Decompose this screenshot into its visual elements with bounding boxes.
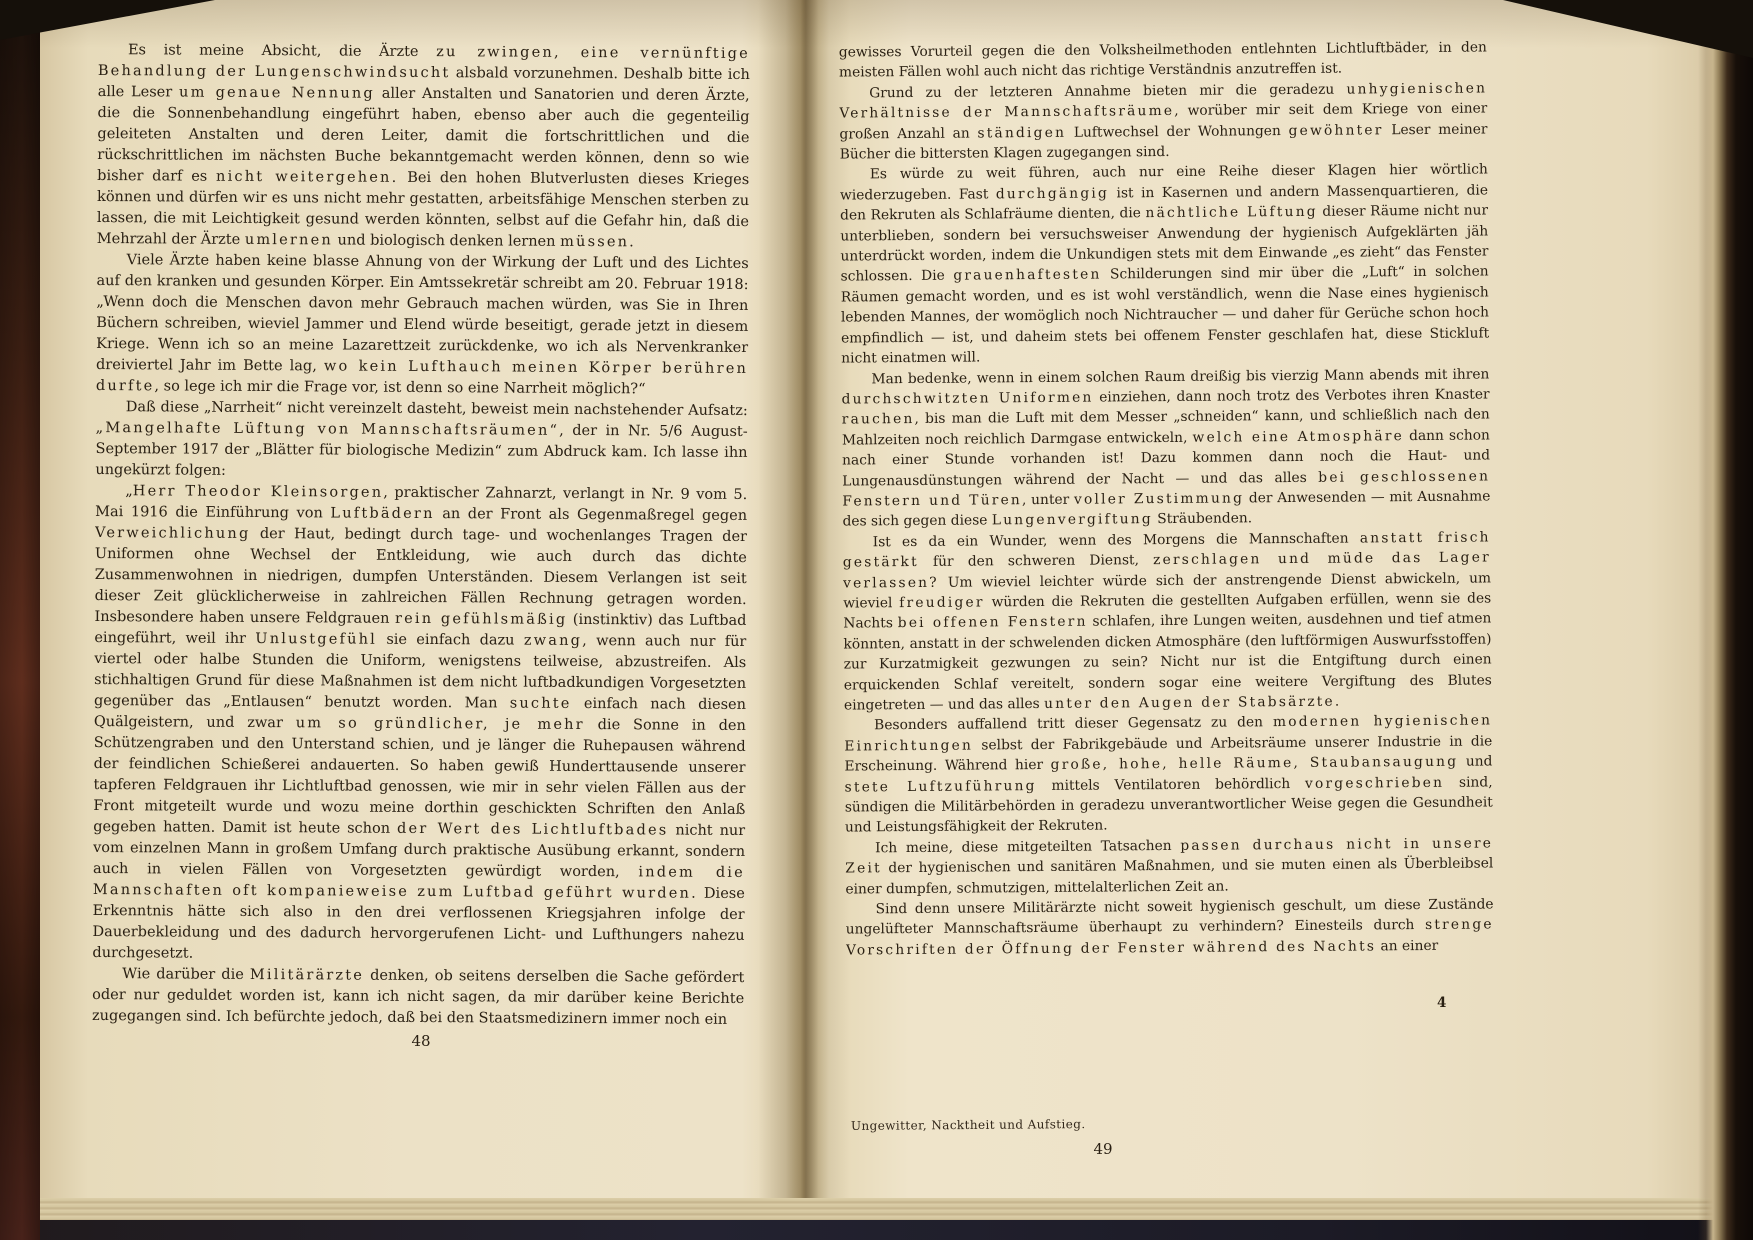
text-run: Es ist meine Absicht, die Ärzte	[128, 42, 436, 60]
text-run: Ist es da ein Wunder, wenn des Morgens d…	[873, 530, 1360, 550]
text-run: gewisses Vorurteil gegen die den Volkshe…	[839, 39, 1487, 80]
emphasized-text-run: grauenhaftesten	[953, 267, 1101, 284]
emphasized-text-run: gewöhnter	[1288, 122, 1383, 139]
paragraph: gewisses Vorurteil gegen die den Volkshe…	[839, 37, 1487, 83]
emphasized-text-run: rauchen	[842, 411, 915, 428]
text-run: Besonders auffallend tritt dieser Gegens…	[874, 715, 1273, 734]
text-run: an der Front als Gegenmaßregel gegen	[435, 506, 748, 524]
signature-line: Ungewitter, Nacktheit und Aufstieg.	[851, 1117, 1086, 1133]
page-48-text-column: Es ist meine Absicht, die Ärzte zu zwing…	[92, 40, 750, 1034]
paragraph: Ist es da ein Wunder, wenn des Morgens d…	[843, 527, 1492, 716]
photo-corner-top-left	[0, 0, 215, 40]
paragraph: Grund zu der letzteren Annahme bieten mi…	[839, 78, 1488, 165]
emphasized-text-run: große, hohe, helle Räume, Staubansaugung	[1051, 754, 1459, 773]
text-run: Daß diese „Narrheit“ nicht vereinzelt da…	[126, 399, 748, 419]
paragraph: „Herr Theodor Kleinsorgen, praktischer Z…	[92, 481, 747, 968]
emphasized-text-run: zwang	[524, 633, 582, 649]
emphasized-text-run: umlernen	[245, 232, 333, 249]
text-run: , unter	[1022, 492, 1074, 508]
emphasized-text-run: um genaue Nennung	[179, 85, 375, 102]
emphasized-text-run: stete Luftzuführung	[845, 778, 1037, 796]
text-run: Sträubenden.	[1153, 511, 1252, 528]
book-bottom-page-edges	[38, 1198, 1714, 1222]
text-run: mittels Ventilatoren behördlich	[1037, 776, 1305, 794]
text-run: Grund zu der letzteren Annahme bieten mi…	[869, 81, 1346, 101]
emphasized-text-run: Unlustgefühl	[255, 631, 377, 648]
paragraph: Viele Ärzte haben keine blasse Ahnung vo…	[96, 250, 749, 401]
emphasized-text-run: um so gründlicher, je mehr	[296, 715, 585, 733]
text-run: Ich meine, diese mitgeteilten Tatsachen	[875, 838, 1180, 856]
emphasized-text-run: freudiger	[899, 594, 985, 611]
paragraph: Wie darüber die Militärärzte denken, ob …	[92, 964, 744, 1031]
text-run: Sind denn unsere Militärärzte nicht sowe…	[846, 897, 1494, 938]
emphasized-text-run: durchschwitzten Uniformen	[842, 389, 1094, 407]
text-run: an einer	[1376, 938, 1438, 954]
page-49-text-column: gewisses Vorurteil gegen die den Volkshe…	[839, 37, 1495, 1117]
page-number-left: 48	[95, 1032, 747, 1050]
emphasized-text-run: Lungenvergiftung	[992, 511, 1153, 528]
text-run: Man bedenke, wenn in einem solchen Raum …	[871, 366, 1489, 387]
paragraph: Ich meine, diese mitgeteilten Tatsachen …	[845, 833, 1493, 899]
emphasized-text-run: nicht weitergehen.	[216, 169, 398, 186]
book-right-page-edges	[1698, 0, 1753, 1240]
emphasized-text-run: welch eine Atmosphäre	[1192, 428, 1404, 446]
emphasized-text-run: müssen	[560, 234, 629, 250]
text-run: für den schweren Dienst,	[919, 552, 1153, 570]
text-run: Luftwechsel der Wohnungen	[1066, 123, 1289, 141]
emphasized-text-run: nächtliche Lüftung	[1145, 204, 1317, 221]
text-run: einziehen, dann noch trotz des Verbotes …	[1094, 386, 1490, 405]
paragraph: Es würde zu weit führen, auch nur eine R…	[840, 160, 1490, 369]
emphasized-text-run: voller Zustimmung	[1074, 490, 1244, 507]
emphasized-text-run: unter den Augen der Stabsärzte.	[1044, 694, 1341, 712]
emphasized-text-run: „Mangelhafte Lüftung von Mannschaftsräum…	[96, 420, 560, 439]
paragraph: Es ist meine Absicht, die Ärzte zu zwing…	[97, 40, 750, 254]
text-run: und biologisch denken lernen	[333, 232, 560, 249]
text-run: .	[629, 234, 634, 250]
emphasized-text-run: ständigen	[977, 124, 1066, 141]
text-run: Viele Ärzte haben keine blasse Ahnung vo…	[96, 252, 749, 374]
emphasized-text-run: suchte	[510, 696, 572, 712]
page-number-right: 49	[843, 1140, 1363, 1158]
paragraph: Besonders auffallend tritt dieser Gegens…	[844, 711, 1493, 839]
book-left-cover-edge	[0, 0, 40, 1240]
text-run: sie einfach dazu	[377, 632, 524, 649]
emphasized-text-run: Verweichlichung	[95, 525, 251, 542]
paragraph: Daß diese „Narrheit“ nicht vereinzelt da…	[95, 397, 748, 485]
emphasized-text-run: Herr Theodor Kleinsorgen	[133, 483, 384, 501]
emphasized-text-run: rein gefühlsmäßig	[395, 611, 567, 628]
signature-mark: 4	[1437, 995, 1446, 1011]
text-run: und	[1458, 754, 1492, 770]
emphasized-text-run: Militärärzte	[250, 967, 364, 984]
text-run: der hygienischen und sanitären Maßnahmen…	[845, 856, 1493, 897]
emphasized-text-run: vorgeschrieben	[1305, 774, 1444, 791]
book-gutter	[758, 0, 850, 1208]
emphasized-text-run: durchgängig	[996, 185, 1109, 202]
text-run: , so lege ich mir die Frage vor, ist den…	[154, 378, 645, 397]
text-run: Wie darüber die	[122, 966, 250, 983]
photo-corner-top-right	[1503, 0, 1753, 58]
book-spread-photo: Es ist meine Absicht, die Ärzte zu zwing…	[0, 0, 1753, 1240]
text-run: die Sonne in den Schützengraben und den …	[93, 717, 746, 837]
paragraph: Sind denn unsere Militärärzte nicht sowe…	[846, 895, 1494, 961]
table-surface	[0, 1220, 1753, 1240]
text-run: „	[125, 483, 133, 499]
paragraph: Man bedenke, wenn in einem solchen Raum …	[841, 364, 1490, 532]
emphasized-text-run: Luftbädern	[330, 505, 434, 522]
emphasized-text-run: bei offenen Fenstern	[898, 614, 1088, 631]
emphasized-text-run: der Wert des Lichtluftbades	[397, 821, 668, 839]
